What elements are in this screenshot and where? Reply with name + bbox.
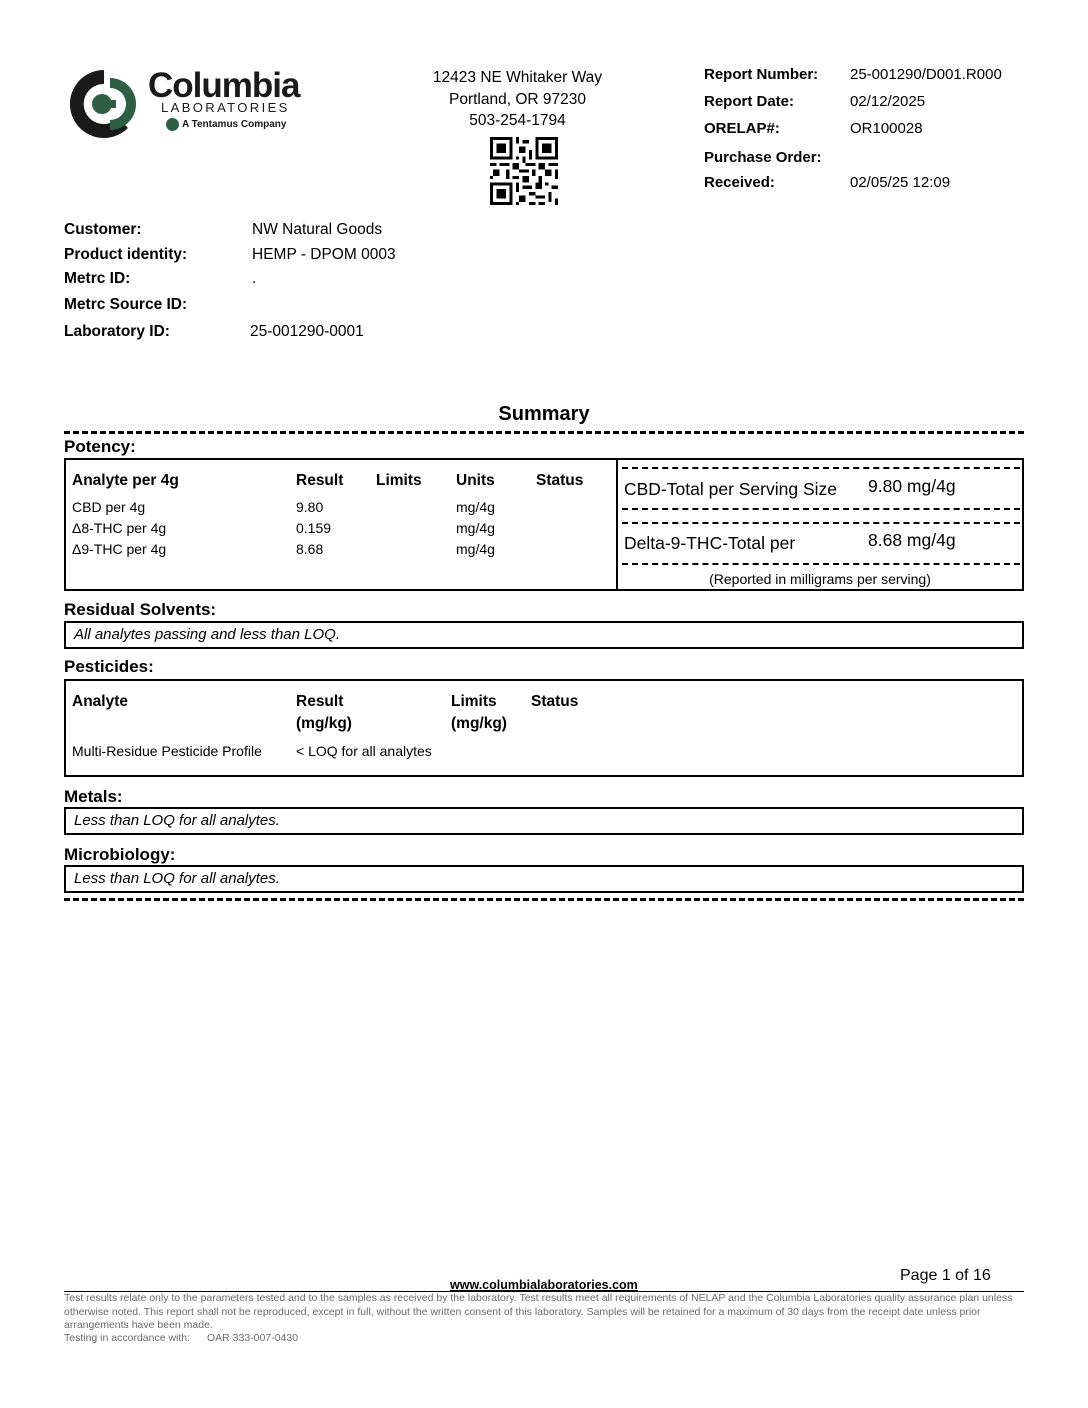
potency-result: 0.159 — [296, 520, 331, 536]
cbd-serving-value: 9.80 mg/4g — [868, 476, 956, 497]
potency-box: Analyte per 4g Result Limits Units Statu… — [64, 458, 1024, 591]
standard-label: Testing in accordance with: — [64, 1332, 190, 1344]
address-city: Portland, OR 97230 — [410, 89, 625, 111]
summary-title: Summary — [0, 403, 1088, 426]
brand-tagline: A Tentamus Company — [166, 118, 286, 131]
divider — [622, 508, 1020, 510]
pesticides-header-status: Status — [531, 693, 578, 711]
pesticides-header-limits: Limits — [451, 693, 497, 711]
pesticides-header-limits-unit: (mg/kg) — [451, 715, 507, 733]
columbia-logo-icon — [66, 66, 142, 142]
product-identity-label: Product identity: — [64, 246, 187, 264]
metals-title: Metals: — [64, 787, 123, 807]
potency-analyte: Δ9-THC per 4g — [72, 541, 166, 557]
divider — [622, 563, 1020, 565]
potency-units: mg/4g — [456, 541, 495, 557]
orelap-label: ORELAP#: — [704, 120, 780, 137]
orelap-value: OR100028 — [850, 120, 923, 137]
customer-label: Customer: — [64, 221, 142, 239]
serving-note: (Reported in milligrams per serving) — [618, 571, 1022, 587]
microbiology-note: Less than LOQ for all analytes. — [74, 870, 280, 887]
laboratory-id-label: Laboratory ID: — [64, 323, 170, 341]
qr-code-icon — [490, 137, 558, 205]
standard-value: OAR 333-007-0430 — [207, 1332, 298, 1344]
potency-title: Potency: — [64, 437, 136, 457]
pesticides-header-result-unit: (mg/kg) — [296, 715, 352, 733]
potency-header-analyte: Analyte per 4g — [72, 472, 179, 490]
pesticides-header-result: Result — [296, 693, 343, 711]
received-label: Received: — [704, 174, 775, 191]
tentamus-icon — [166, 118, 179, 131]
potency-header-result: Result — [296, 472, 343, 490]
divider — [622, 522, 1020, 524]
residual-solvents-note: All analytes passing and less than LOQ. — [74, 626, 340, 643]
microbiology-box: Less than LOQ for all analytes. — [64, 865, 1024, 893]
potency-header-status: Status — [536, 472, 583, 490]
pesticides-box: Analyte Result (mg/kg) Limits (mg/kg) St… — [64, 679, 1024, 777]
d9-serving-value: 8.68 mg/4g — [868, 530, 956, 551]
pesticides-result: < LOQ for all analytes — [296, 743, 432, 759]
metrc-source-id-label: Metrc Source ID: — [64, 296, 187, 314]
metrc-id-value: . — [252, 270, 256, 288]
residual-solvents-title: Residual Solvents: — [64, 600, 216, 620]
website-link[interactable]: www.columbialaboratories.com — [450, 1278, 638, 1292]
lab-address: 12423 NE Whitaker Way Portland, OR 97230… — [410, 67, 625, 132]
divider — [64, 898, 1024, 901]
divider — [622, 467, 1020, 469]
microbiology-title: Microbiology: — [64, 845, 175, 865]
footer-standard: Testing in accordance with: OAR 333-007-… — [64, 1332, 298, 1344]
cbd-serving-label: CBD-Total per Serving Size — [624, 479, 837, 500]
potency-header-units: Units — [456, 472, 495, 490]
pesticides-analyte: Multi-Residue Pesticide Profile — [72, 743, 262, 759]
address-street: 12423 NE Whitaker Way — [410, 67, 625, 89]
potency-analyte: Δ8-THC per 4g — [72, 520, 166, 536]
metals-note: Less than LOQ for all analytes. — [74, 812, 280, 829]
pesticides-title: Pesticides: — [64, 657, 154, 677]
page-number: Page 1 of 16 — [900, 1267, 991, 1285]
potency-units: mg/4g — [456, 499, 495, 515]
purchase-order-label: Purchase Order: — [704, 149, 822, 166]
report-number-label: Report Number: — [704, 66, 818, 83]
brand-tagline-text: A Tentamus Company — [182, 119, 286, 130]
metals-box: Less than LOQ for all analytes. — [64, 807, 1024, 835]
customer-value: NW Natural Goods — [252, 221, 382, 239]
pesticides-header-analyte: Analyte — [72, 693, 128, 711]
potency-header-limits: Limits — [376, 472, 422, 490]
received-value: 02/05/25 12:09 — [850, 174, 950, 191]
divider — [64, 431, 1024, 434]
d9-serving-label: Delta-9-THC-Total per — [624, 533, 795, 554]
potency-units: mg/4g — [456, 520, 495, 536]
residual-solvents-box: All analytes passing and less than LOQ. — [64, 621, 1024, 649]
report-date-value: 02/12/2025 — [850, 93, 925, 110]
report-number-value: 25-001290/D001.R000 — [850, 66, 1002, 83]
report-date-label: Report Date: — [704, 93, 794, 110]
metrc-id-label: Metrc ID: — [64, 270, 130, 288]
product-identity-value: HEMP - DPOM 0003 — [252, 246, 396, 264]
brand-subtitle: LABORATORIES — [161, 100, 290, 115]
potency-analyte: CBD per 4g — [72, 499, 145, 515]
laboratory-id-value: 25-001290-0001 — [250, 323, 364, 341]
potency-result: 8.68 — [296, 541, 323, 557]
footer-disclaimer: Test results relate only to the paramete… — [64, 1292, 1024, 1333]
company-logo: Columbia LABORATORIES A Tentamus Company — [66, 66, 316, 146]
potency-result: 9.80 — [296, 499, 323, 515]
address-phone: 503-254-1794 — [410, 110, 625, 132]
